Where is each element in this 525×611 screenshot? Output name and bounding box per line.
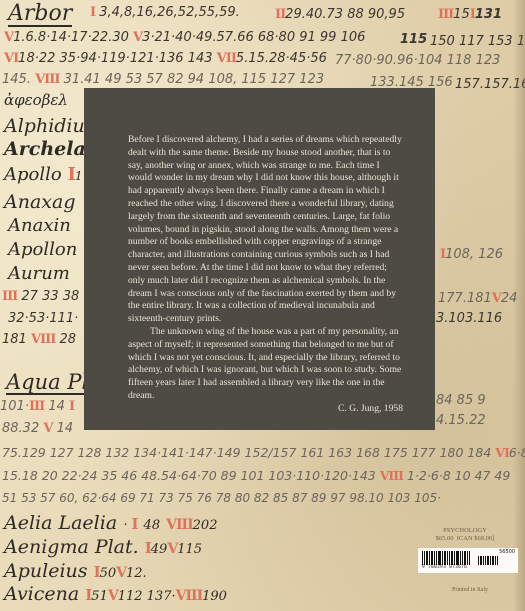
roman-numeral: VIII	[35, 72, 59, 87]
page-refs: 14	[48, 399, 65, 414]
printed-in-label: Printed in Italy	[430, 587, 510, 593]
price-us: $65.00	[436, 535, 454, 542]
page-refs: 3.103.116	[436, 312, 502, 325]
page-refs: 1.6.8·14·17·22.30	[13, 30, 129, 45]
roman-numeral: VI	[495, 445, 509, 460]
page-refs: 150 117 153 183	[430, 35, 525, 48]
isbn-number: 9 780393 073676	[422, 565, 515, 570]
page-refs: 84 85 9	[436, 394, 486, 407]
headword-apuleius: Apuleius I50V12.	[4, 562, 147, 581]
headword-arbor: Arbor	[8, 3, 72, 27]
roman-numeral: VIII	[380, 468, 403, 483]
page-refs: 28	[59, 332, 76, 347]
headword-aurum: Aurum	[8, 265, 70, 283]
page-refs: 131	[475, 7, 502, 22]
roman-numeral: VIII	[176, 588, 203, 604]
headword-anaxin: Anaxin	[8, 217, 71, 235]
quote-paragraph-2: The unknown wing of the house was a part…	[128, 326, 403, 403]
page-refs: 3,4,8,16,26,52,55,59.	[99, 5, 240, 20]
category-label: PSYCHOLOGY	[420, 527, 510, 535]
page-refs: 14	[57, 421, 74, 436]
supplement-code: 56500	[499, 549, 515, 555]
roman-numeral: VI	[4, 51, 18, 66]
page-refs: 51 53 57 60, 62·64 69 71 73 75 76 78 80 …	[2, 492, 441, 504]
price-block: PSYCHOLOGY $65.00 ICAN $69.00]	[420, 527, 510, 543]
quote-panel: Before I discovered alchemy, I had a ser…	[84, 88, 435, 430]
roman-numeral: VIII	[166, 517, 193, 533]
headword-greek: ἀφεοβελ	[4, 93, 68, 108]
isbn-barcode: 9 780393 073676 56500	[418, 548, 518, 573]
page-refs: 177.181	[438, 291, 492, 306]
page-refs: 115	[400, 33, 427, 46]
page-refs: 1·2·6·8 10 47 49	[407, 468, 510, 483]
headword-aqua: Aqua Pl	[6, 372, 88, 395]
headword-aenigma: Aenigma Plat. I49V115	[4, 538, 202, 557]
headword-archela: Archela	[4, 140, 86, 159]
page-refs: 3·21·40·49.57.66 68·80 91 99 106	[142, 30, 365, 45]
roman-numeral: V	[167, 541, 177, 557]
quote-paragraph-1: Before I discovered alchemy, I had a ser…	[128, 134, 403, 326]
page-refs: 181	[2, 332, 27, 347]
roman-numeral: V	[108, 588, 118, 604]
page-refs: 15	[453, 7, 470, 22]
roman-numeral: II	[275, 7, 285, 22]
price-line: $65.00 ICAN $69.00]	[420, 535, 510, 543]
page-refs: 31.41 49 53 57	[64, 72, 163, 87]
page-refs: 145.	[2, 72, 31, 87]
roman-numeral: I	[67, 164, 74, 185]
page-refs: 101·	[0, 399, 29, 414]
page-refs: 4.15.22	[436, 414, 486, 427]
edge-shadow	[513, 0, 525, 611]
headword-anaxag: Anaxag	[4, 193, 76, 212]
roman-numeral: III	[29, 399, 44, 414]
roman-numeral: III	[438, 7, 453, 22]
jung-quote: Before I discovered alchemy, I had a ser…	[128, 134, 403, 403]
page-refs: 88.32	[2, 421, 39, 436]
page-refs: 27 33 38	[21, 289, 79, 304]
headword-aelia: Aelia Laelia · I 48 VIII202	[4, 514, 217, 533]
roman-numeral: V	[492, 291, 501, 306]
page-refs: 82 94 108, 115 127 123	[167, 72, 324, 87]
roman-numeral: VIII	[31, 332, 55, 347]
headword-apollon: Apollon	[8, 241, 77, 259]
roman-numeral: I	[90, 5, 95, 20]
quote-attribution: C. G. Jung, 1958	[128, 403, 403, 414]
page-refs: 75.129 127 128 132 134·141·147·149 152/1…	[2, 445, 491, 460]
page-refs: 18·22 35·94·119·121·136 143	[18, 51, 212, 66]
page-refs: 15.18 20 22·24 35 46 48.54·64·70 89 101 …	[2, 468, 376, 483]
roman-numeral: III	[2, 289, 17, 304]
page-refs: 108, 126	[445, 247, 503, 262]
roman-numeral: I	[69, 399, 74, 414]
page-refs: 5.15.28·45·56	[236, 51, 327, 66]
headword-apollo: Apollo I1	[4, 166, 83, 184]
headword-alphidius: Alphidius	[4, 117, 95, 136]
roman-numeral: V	[4, 30, 13, 45]
roman-numeral: V	[43, 421, 52, 436]
roman-numeral: V	[133, 30, 142, 45]
page-refs: 77·80·90.96·104 118 123	[335, 54, 500, 67]
price-can: ICAN $69.00]	[457, 535, 495, 542]
roman-numeral: V	[116, 565, 126, 581]
page-refs: 29.40.73 88 90,95	[285, 7, 405, 22]
roman-numeral: I	[131, 515, 137, 533]
roman-numeral: VII	[217, 51, 236, 66]
page-refs: 32·53·111·	[8, 312, 78, 325]
headword-avicena: Avicena I51V112 137·VIII190	[4, 585, 227, 604]
